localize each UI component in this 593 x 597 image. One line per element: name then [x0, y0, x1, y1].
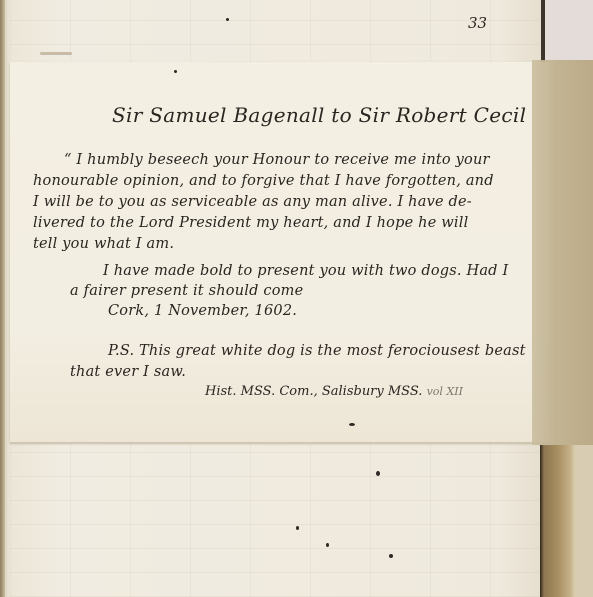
ink-speck — [326, 543, 329, 547]
right-margin — [575, 445, 593, 597]
ink-speck — [296, 526, 299, 530]
torn-page-edge — [540, 445, 575, 597]
ink-speck — [389, 554, 393, 558]
ink-speck — [349, 423, 355, 426]
letter-postscript: P.S. This great white dog is the most fe… — [108, 343, 526, 359]
letter-line: livered to the Lord President my heart, … — [33, 215, 468, 231]
letter-line: I have made bold to present you with two… — [103, 263, 508, 279]
ink-speck — [174, 70, 177, 73]
letter-line: a fairer present it should come — [70, 283, 303, 299]
manuscript-page: 33 Sir Samuel Bagenall to Sir Robert Cec… — [0, 0, 593, 597]
source-citation: Hist. MSS. Com., Salisbury MSS. vol XII — [205, 384, 463, 399]
letter-line: “ I humbly beseech your Honour to receiv… — [64, 152, 490, 168]
letter-title: Sir Samuel Bagenall to Sir Robert Cecil — [112, 103, 526, 127]
binding-strip — [545, 0, 593, 62]
folio-number: 33 — [468, 14, 487, 32]
letter-line: tell you what I am. — [33, 236, 174, 252]
letter-line: I will be to you as serviceable as any m… — [33, 194, 472, 210]
ink-speck — [226, 18, 229, 21]
letter-line: honourable opinion, and to forgive that … — [33, 173, 494, 189]
citation-volume: vol XII — [427, 385, 463, 398]
citation-text: Hist. MSS. Com., Salisbury MSS. — [205, 384, 422, 399]
pencil-mark — [40, 52, 72, 55]
letter-date: Cork, 1 November, 1602. — [108, 303, 297, 319]
adhesive-tape — [532, 60, 593, 445]
letter-line: that ever I saw. — [70, 364, 186, 380]
ink-speck — [376, 471, 380, 476]
page-left-edge — [0, 0, 5, 597]
